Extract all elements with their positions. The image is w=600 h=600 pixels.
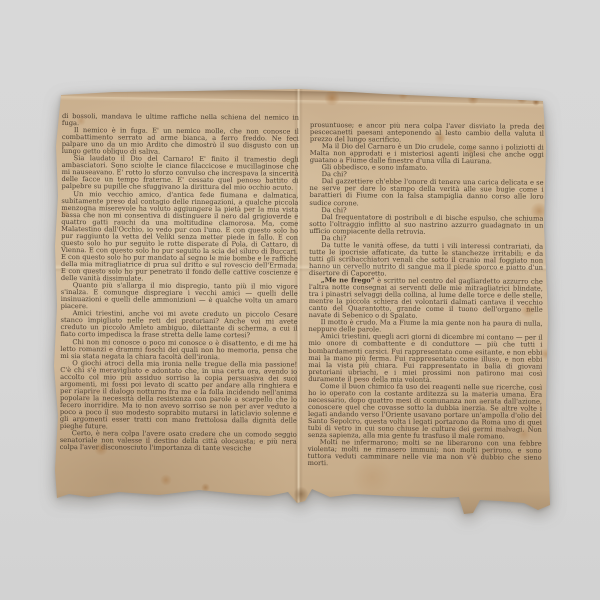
paper-sheet-shadow: di bossoli, mandava le ultime raffiche n… (54, 86, 552, 516)
motto-paragraph-rest: è scritto nel centro del gagliardetto az… (309, 276, 543, 320)
paragraph: Un mio vecchio amico, d'antica fede fium… (61, 191, 299, 284)
photo-background: di bossoli, mandava le ultime raffiche n… (0, 0, 600, 600)
paragraph-motto: „Me ne frego“ è scritto nel centro del g… (309, 277, 543, 321)
right-text-column: prosuntuose; e ancor più nera colpa l'av… (307, 122, 544, 490)
paragraph: Quanto più s'allarga il mio dispregio, t… (61, 282, 298, 312)
paragraph: Amici triestini, quegli acri giorni di d… (308, 333, 542, 384)
paragraph: Dal gazzettiere ch'ebbe l'onore di tener… (309, 178, 543, 208)
left-text-column: di bossoli, mandava le ultime raffiche n… (59, 113, 299, 487)
paragraph: Come il buon chimico fa uso dei reagenti… (308, 383, 542, 441)
paragraph: Il nemico è in fuga. E' un nemico molle,… (62, 127, 299, 157)
paragraph: Sia laudato il Dio del Carnaro! E' finit… (61, 155, 298, 192)
paper-sheet: di bossoli, mandava le ultime raffiche n… (54, 86, 552, 516)
paragraph: Amici triestini, anche voi mi avete cred… (60, 310, 297, 340)
paragraph: Da tutte le vanità offese, da tutti i vi… (309, 242, 543, 279)
bottom-edge-shading (54, 490, 552, 516)
paragraph: Ma il Dio del Carnaro è un Dio crudele, … (310, 143, 544, 166)
paragraph: Certo, è nera colpa l'avere osato creder… (60, 430, 297, 453)
paragraph: Chi non mi conosce o poco mi conosce o è… (60, 338, 297, 361)
paragraph: O giochi atroci della mia ironia nelle t… (60, 360, 297, 432)
paragraph: Molti ne infermarono; molti se ne libera… (308, 439, 542, 469)
paragraph: Dal frequentatore di postriboli e di bis… (309, 214, 543, 237)
paragraph: prosuntuose; e ancor più nera colpa l'av… (310, 122, 544, 145)
